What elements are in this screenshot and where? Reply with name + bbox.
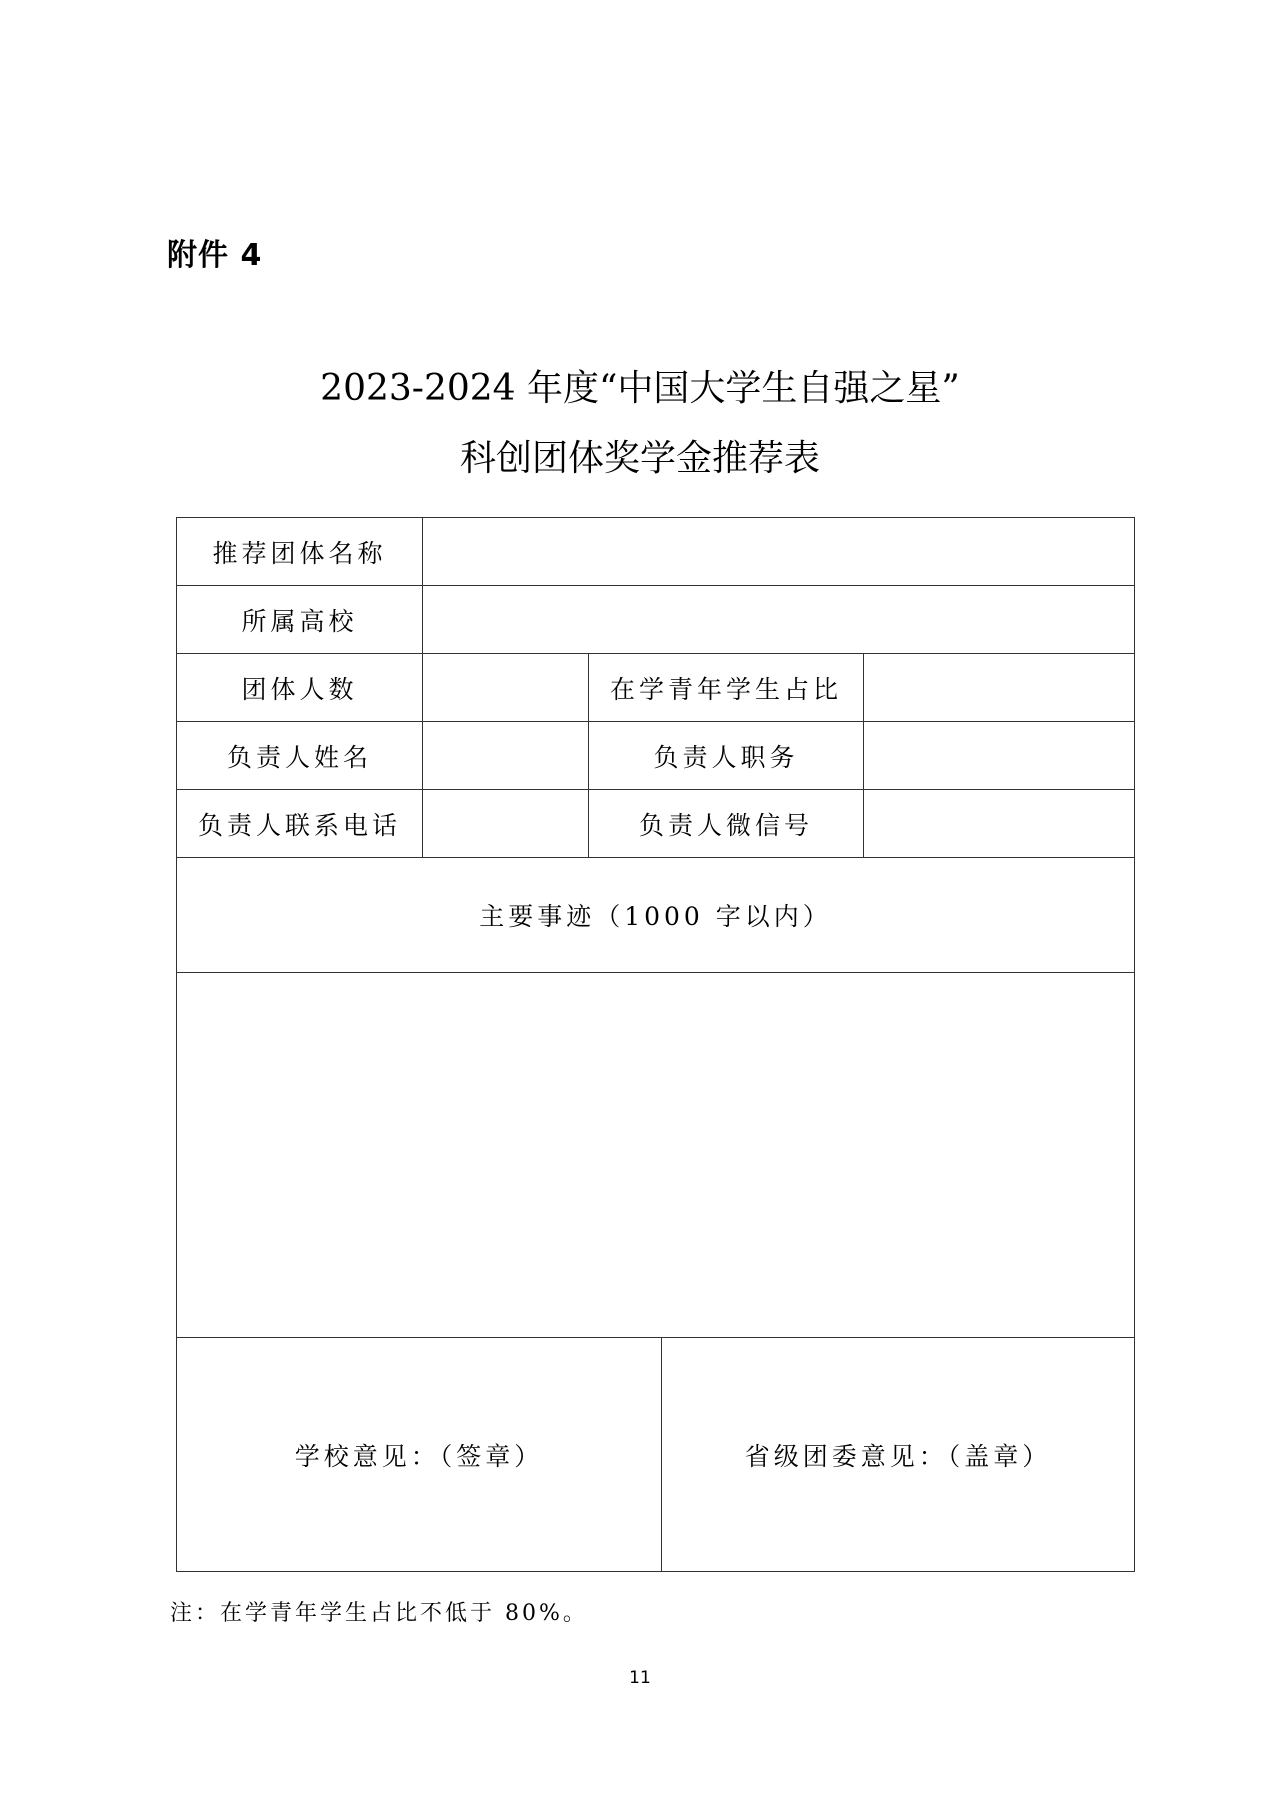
leader-name-field[interactable] [423, 722, 589, 790]
university-field[interactable] [423, 586, 1135, 654]
label-team-name: 推荐团体名称 [177, 518, 423, 586]
leader-phone-field[interactable] [423, 790, 589, 858]
label-student-ratio: 在学青年学生占比 [589, 654, 864, 722]
leader-wechat-field[interactable] [864, 790, 1135, 858]
label-leader-name: 负责人姓名 [177, 722, 423, 790]
form-title-line-2: 科创团体奖学金推荐表 [0, 430, 1280, 481]
row-main-facts-body [177, 973, 1135, 1338]
student-ratio-field[interactable] [864, 654, 1135, 722]
label-leader-position: 负责人职务 [589, 722, 864, 790]
leader-position-field[interactable] [864, 722, 1135, 790]
school-opinion-field[interactable]: 学校意见：（签章） [177, 1338, 662, 1572]
page-number: 11 [0, 1668, 1280, 1688]
footnote: 注：在学青年学生占比不低于 80%。 [170, 1596, 588, 1627]
label-team-size: 团体人数 [177, 654, 423, 722]
province-opinion-label: 省级团委意见：（盖章） [745, 1442, 1052, 1471]
label-leader-wechat: 负责人微信号 [589, 790, 864, 858]
school-opinion-label: 学校意见：（签章） [295, 1442, 544, 1471]
main-facts-heading: 主要事迹（1000 字以内） [177, 858, 1135, 973]
main-facts-field[interactable] [177, 973, 1135, 1338]
row-university: 所属高校 [177, 586, 1135, 654]
row-team-size: 团体人数 在学青年学生占比 [177, 654, 1135, 722]
recommendation-form-table: 推荐团体名称 所属高校 团体人数 在学青年学生占比 负责人姓名 负责人职务 负责… [176, 517, 1135, 1572]
row-leader-name: 负责人姓名 负责人职务 [177, 722, 1135, 790]
row-opinions: 学校意见：（签章） 省级团委意见：（盖章） [177, 1338, 1135, 1572]
row-leader-contact: 负责人联系电话 负责人微信号 [177, 790, 1135, 858]
province-opinion-field[interactable]: 省级团委意见：（盖章） [662, 1338, 1135, 1572]
team-size-field[interactable] [423, 654, 589, 722]
team-name-field[interactable] [423, 518, 1135, 586]
label-leader-phone: 负责人联系电话 [177, 790, 423, 858]
attachment-label: 附件 4 [167, 230, 262, 274]
row-team-name: 推荐团体名称 [177, 518, 1135, 586]
form-title-line-1: 2023-2024 年度“中国大学生自强之星” [0, 360, 1280, 411]
row-main-facts-title: 主要事迹（1000 字以内） [177, 858, 1135, 973]
label-university: 所属高校 [177, 586, 423, 654]
